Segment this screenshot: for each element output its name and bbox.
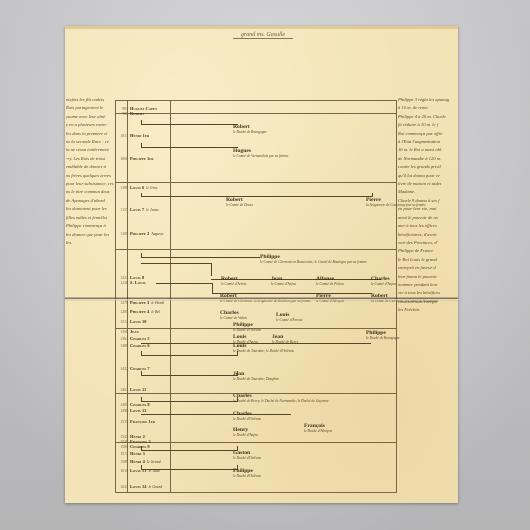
- paper-edge: [65, 26, 458, 29]
- section-divider: [116, 442, 396, 443]
- king-entry: 1108Louis 6le Gros: [116, 185, 158, 190]
- king-entry: 1031Henri 1er: [116, 133, 149, 138]
- branch-entry: Charlesle Comté de Valois: [220, 311, 247, 321]
- branch-entry: Charlesle Duché d'Orléans: [233, 412, 261, 422]
- branch-entry: Robertle Comté de Dreux: [226, 198, 253, 208]
- branch-entry: Charlesle Comté d'Anjou: [371, 277, 396, 287]
- section-divider: [116, 113, 396, 114]
- left-margin-notes: ntefois les fils cadets Rois partageoien…: [66, 96, 116, 247]
- poster-document: grand ms. Gasulle ntefois les fils cadet…: [65, 26, 458, 503]
- section-divider: [116, 182, 396, 183]
- king-entry: 996Robert: [116, 111, 144, 116]
- branch-connector: [141, 143, 238, 148]
- branch-entry: Louisle Duché de Touraine; le Duché d'Or…: [233, 344, 294, 354]
- branch-entry: Philippele Duché d'Orléans: [233, 323, 261, 333]
- branch-entry: Jeanle Duché de Touraine; Dauphin: [233, 372, 279, 382]
- branch-entry: Philippele Duché de Bourgogne: [366, 331, 400, 341]
- branch-entry: Jeanle Comté d'Anjou: [271, 277, 296, 287]
- branch-entry: Robertle Duché de Bourgogne: [233, 125, 267, 135]
- branch-connector: [156, 283, 213, 294]
- king-entry: 1574Henri 3: [116, 451, 145, 456]
- branch-entry: Gastonle Duché d'Orléans: [233, 451, 261, 461]
- branch-entry: Alfonsele Comté de Poitou: [316, 277, 344, 287]
- king-entry: 1314Louis 10: [116, 319, 147, 324]
- king-entry: 1589Henri 4le Grand: [116, 459, 161, 464]
- branch-connector: [141, 414, 291, 415]
- king-entry: 1226S. Louis: [116, 280, 146, 285]
- branch-entry: Philippele Comté de Clermont en Beauvois…: [260, 255, 367, 265]
- king-entry: 1285Philippe 4le Bel: [116, 309, 160, 314]
- branch-entry: Henryle Duché d'Anjou: [233, 428, 258, 438]
- king-entry: 1515François 1er: [116, 419, 155, 424]
- king-entry: 1180Philippe 2Auguste: [116, 231, 164, 236]
- king-entry: 1137Louis 7le Jeune: [116, 207, 159, 212]
- king-entry: 1498Louis 12: [116, 408, 147, 413]
- branch-entry: Robertle Comté d'Artois: [221, 277, 246, 287]
- branch-connector: [141, 263, 212, 276]
- king-entry: 1483Charles 8: [116, 402, 150, 407]
- branch-entry: Huguesle Comté de Vermandois par sa femm…: [233, 149, 288, 159]
- branch-entry: Philippele Duché d'Orléans: [233, 469, 261, 479]
- branch-connector: [141, 120, 238, 125]
- branch-connector: [141, 253, 260, 258]
- branch-connector: [141, 465, 238, 470]
- branch-connector: [141, 351, 238, 356]
- king-entry: 1060Philippe 1er: [116, 156, 154, 161]
- fold-crease: [65, 297, 458, 301]
- king-entry: 1461Louis 11: [116, 387, 146, 392]
- king-entry: 1350Jean: [116, 329, 139, 334]
- branch-entry: Pierrela Seigneurie de Courtenay par sa …: [366, 198, 426, 208]
- branch-entry: Charlesle Duché de Berry; le Duché de No…: [233, 394, 329, 404]
- branch-connector: [141, 193, 373, 197]
- branch-connector: [141, 371, 238, 376]
- branch-connector: [141, 446, 238, 451]
- branch-entry: Françoisle Duché d'Alençon: [304, 424, 332, 434]
- branch-connector: [141, 397, 238, 402]
- section-divider: [116, 249, 396, 250]
- document-heading: grand ms. Gasulle: [233, 32, 293, 39]
- king-entry: 1643Louis 14le Grand: [116, 484, 162, 489]
- branch-entry: Louisle Comté d'Evreux: [276, 313, 302, 323]
